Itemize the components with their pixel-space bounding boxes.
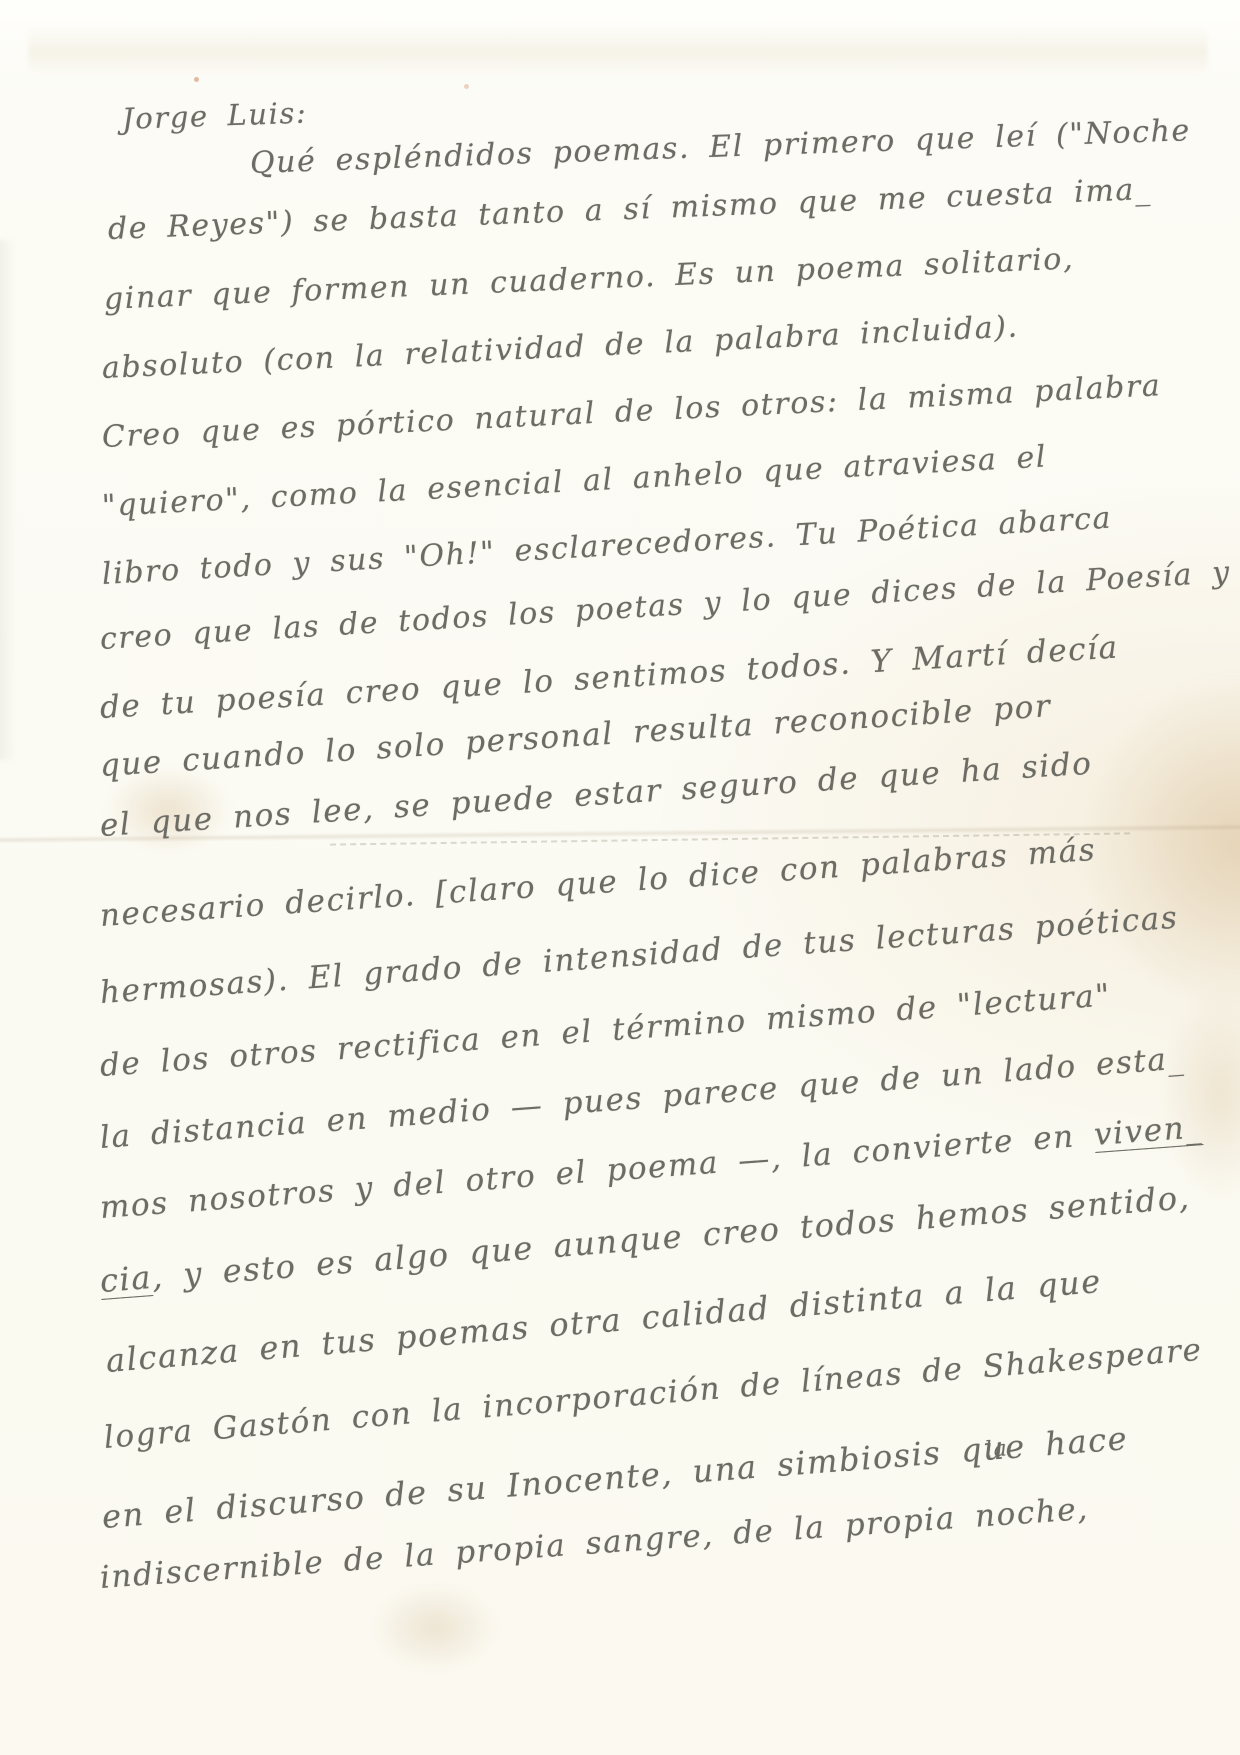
ink-speck xyxy=(194,77,199,82)
handwriting-line: Qué espléndidos poemas. El primero que l… xyxy=(249,113,1191,181)
text-segment: Jorge Luis: xyxy=(121,96,307,136)
text-segment: de Reyes") se basta tanto a sí mismo que… xyxy=(107,172,1152,247)
handwriting-line: absoluto (con la relatividad de la palab… xyxy=(101,309,1019,386)
paper-edge-shading xyxy=(0,240,20,760)
text-segment: ginar que formen un cuaderno. Es un poem… xyxy=(103,241,1075,317)
text-segment: absoluto (con la relatividad de la palab… xyxy=(101,309,1019,386)
underlined-word: cia xyxy=(99,1258,154,1300)
handwriting-line: de Reyes") se basta tanto a sí mismo que… xyxy=(107,172,1152,247)
underlined-word: viven_ xyxy=(1093,1109,1204,1153)
letter-page: Jorge Luis:Qué espléndidos poemas. El pr… xyxy=(0,0,1240,1755)
paper-stain-bottom-center xyxy=(345,1565,525,1690)
paper-stain-top xyxy=(28,26,1208,74)
salutation-line: Jorge Luis: xyxy=(121,96,307,136)
handwriting-line: ginar que formen un cuaderno. Es un poem… xyxy=(103,241,1075,317)
text-segment: Qué espléndidos poemas. El primero que l… xyxy=(249,113,1191,181)
ink-speck xyxy=(464,84,469,89)
text-segment: la xyxy=(984,1436,1009,1463)
insertion-word: la xyxy=(984,1436,1009,1463)
